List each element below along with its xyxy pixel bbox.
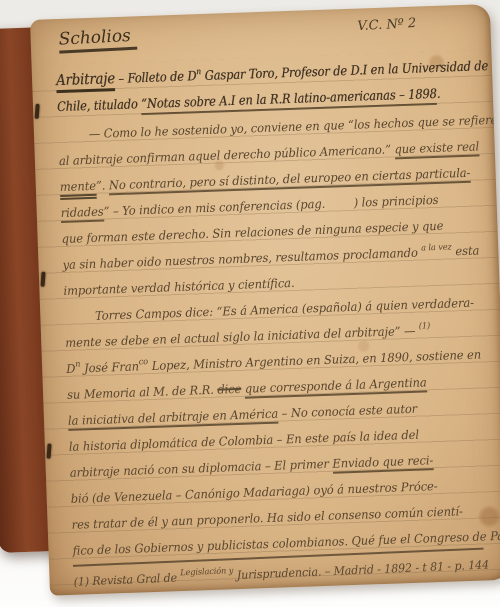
notebook-number: V.C. Nº 2 — [357, 16, 417, 34]
text-segment: Jurisprudencia. – Madrid - 1892 - t 81 -… — [233, 557, 489, 582]
text-segment: – No conocía este autor — [278, 402, 417, 421]
text-segment: Legislación y — [180, 566, 233, 578]
page-heading: Scholios — [58, 26, 137, 54]
text-segment: esta — [452, 243, 480, 258]
text-segment: su Memoria al M. de R.R. — [67, 383, 218, 402]
binding-stitch — [41, 272, 46, 287]
text-segment: – Folleto de D — [115, 69, 197, 87]
text-segment: arbitraje nació con su diplomacia – El p… — [70, 457, 333, 480]
text-segment: Chile, titulado — [57, 97, 142, 115]
text-segment: Gaspar Toro, Profesor de D.I en la Unive… — [201, 59, 488, 84]
binding-stitch — [35, 104, 40, 119]
text-segment: (1) — [419, 321, 431, 331]
text-segment: que corresponde á la Argentina — [245, 375, 427, 398]
text-segment: (1) Revista Gral de — [73, 570, 180, 588]
text-segment: importante verdad histórica y científica… — [63, 276, 295, 298]
text-segment: . — [436, 87, 440, 102]
manuscript-text: Arbitraje – Folleto de Dn Gaspar Toro, P… — [56, 51, 500, 595]
text-segment: Arbitraje — [56, 69, 116, 93]
text-segment: que existe real — [394, 139, 479, 159]
binding-stitch — [47, 443, 52, 458]
text-segment: José Fran — [80, 359, 139, 375]
notebook-page: Scholios V.C. Nº 2 Arbitraje – Folleto d… — [30, 4, 500, 596]
text-segment: Enviado que reci- — [332, 453, 433, 474]
text-segment: ”. — [96, 178, 109, 192]
text-segment: ridades — [61, 205, 104, 223]
text-segment: a la vez — [421, 242, 452, 253]
text-segment: D — [66, 362, 76, 376]
photo-background: Scholios V.C. Nº 2 Arbitraje – Folleto d… — [0, 0, 500, 607]
text-segment: dice — [217, 382, 241, 397]
text-segment: mente — [60, 179, 97, 200]
